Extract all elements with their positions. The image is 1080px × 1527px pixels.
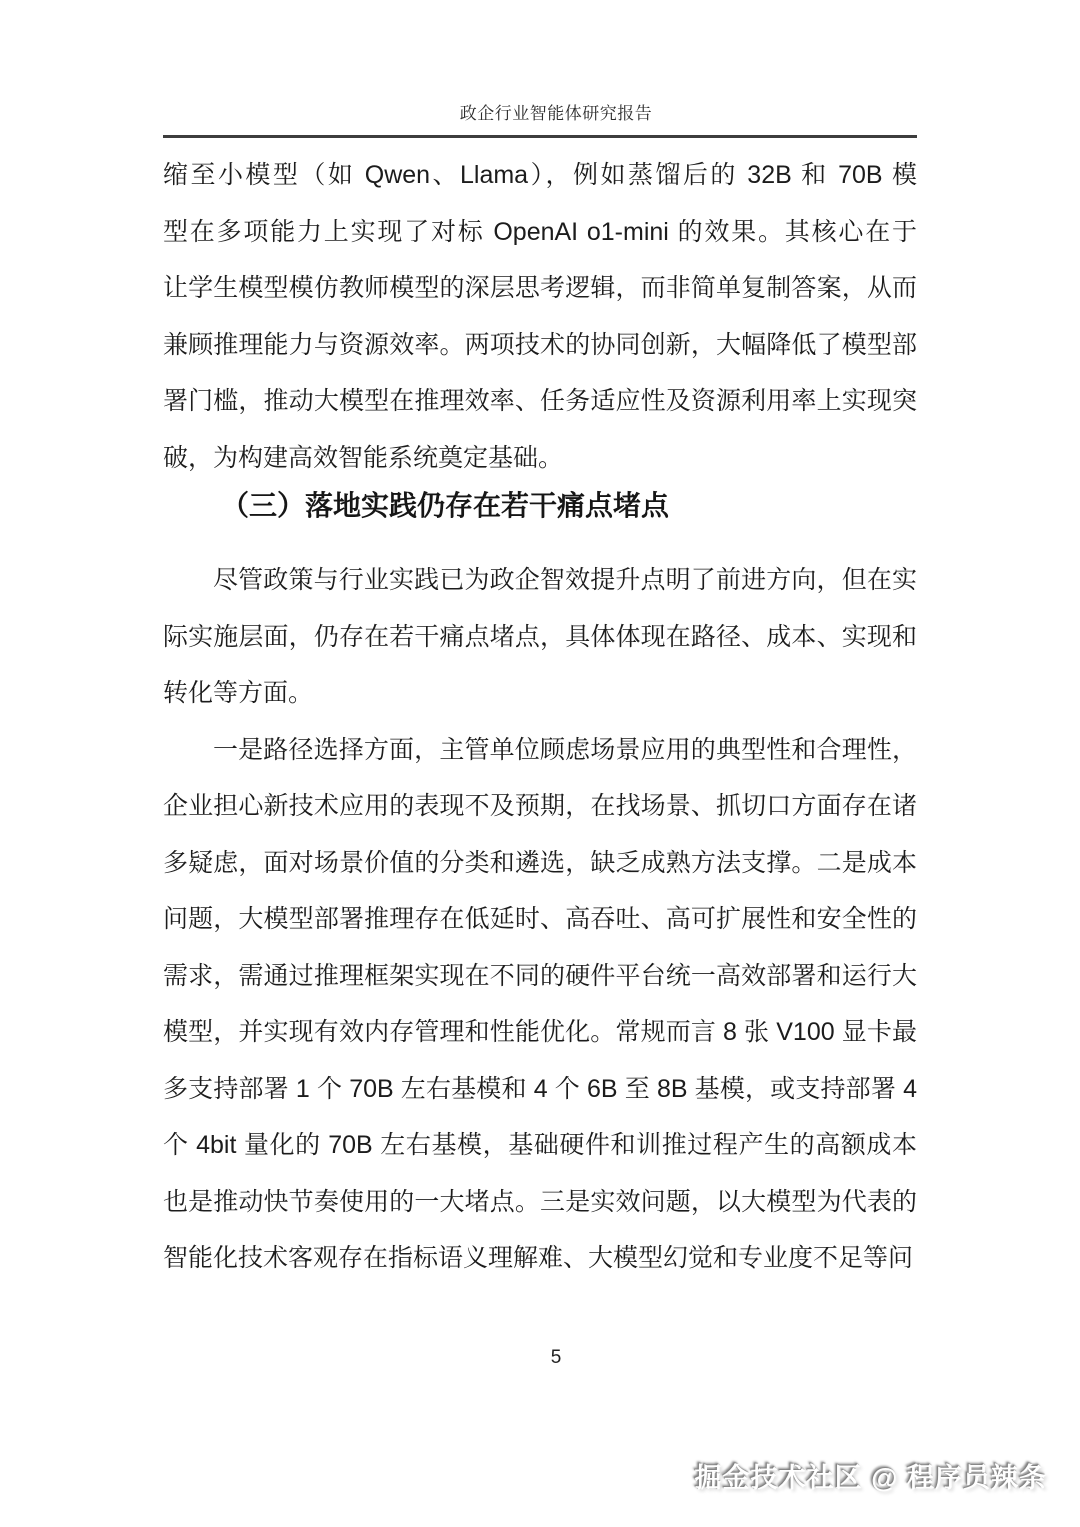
text-line: 转化等方面。 [163, 665, 917, 722]
text-line: 破，为构建高效智能系统奠定基础。 [163, 430, 917, 487]
document-page: 政企行业智能体研究报告 缩至小模型（如 Qwen、Llama），例如蒸馏后的 3… [0, 0, 1080, 1527]
text-line: 智能化技术客观存在指标语义理解难、大模型幻觉和专业度不足等问 [163, 1230, 917, 1287]
text-line: 需求，需通过推理框架实现在不同的硬件平台统一高效部署和运行大 [163, 948, 917, 1005]
page-body: 缩至小模型（如 Qwen、Llama），例如蒸馏后的 32B 和 70B 模型在… [163, 137, 917, 1287]
text-line: 让学生模型模仿教师模型的深层思考逻辑，而非简单复制答案，从而 [163, 260, 917, 317]
text-line: 一是路径选择方面，主管单位顾虑场景应用的典型性和合理性， [163, 722, 917, 779]
text-line: 多支持部署 1 个 70B 左右基模和 4 个 6B 至 8B 基模，或支持部署… [163, 1061, 917, 1118]
text-line: 型在多项能力上实现了对标 OpenAI o1-mini 的效果。其核心在于 [163, 204, 917, 261]
text-line: 多疑虑，面对场景价值的分类和遴选，缺乏成熟方法支撑。二是成本 [163, 835, 917, 892]
text-line: 个 4bit 量化的 70B 左右基模，基础硬件和训推过程产生的高额成本 [163, 1117, 917, 1174]
text-line: 模型，并实现有效内存管理和性能优化。常规而言 8 张 V100 显卡最 [163, 1004, 917, 1061]
text-line: 尽管政策与行业实践已为政企智效提升点明了前进方向，但在实 [163, 552, 917, 609]
text-line: 也是推动快节奏使用的一大堵点。三是实效问题，以大模型为代表的 [163, 1174, 917, 1231]
section-heading: （三）落地实践仍存在若干痛点堵点 [163, 486, 917, 526]
text-line: 兼顾推理能力与资源效率。两项技术的协同创新，大幅降低了模型部 [163, 317, 917, 374]
text-line: 企业担心新技术应用的表现不及预期，在找场景、抓切口方面存在诸 [163, 778, 917, 835]
running-header-title: 政企行业智能体研究报告 [16, 103, 1080, 125]
text-line: 缩至小模型（如 Qwen、Llama），例如蒸馏后的 32B 和 70B 模 [163, 147, 917, 204]
paragraph: 尽管政策与行业实践已为政企智效提升点明了前进方向，但在实际实施层面，仍存在若干痛… [163, 552, 917, 722]
text-line: 际实施层面，仍存在若干痛点堵点，具体体现在路径、成本、实现和 [163, 609, 917, 666]
text-line: 问题，大模型部署推理存在低延时、高吞吐、高可扩展性和安全性的 [163, 891, 917, 948]
paragraph-continuation: 缩至小模型（如 Qwen、Llama），例如蒸馏后的 32B 和 70B 模型在… [163, 147, 917, 486]
paragraph: 一是路径选择方面，主管单位顾虑场景应用的典型性和合理性，企业担心新技术应用的表现… [163, 722, 917, 1287]
watermark: 掘金技术社区 @ 程序员辣条 [695, 1460, 1047, 1496]
text-line: 署门槛，推动大模型在推理效率、任务适应性及资源利用率上实现突 [163, 373, 917, 430]
page-number: 5 [16, 1346, 1080, 1370]
